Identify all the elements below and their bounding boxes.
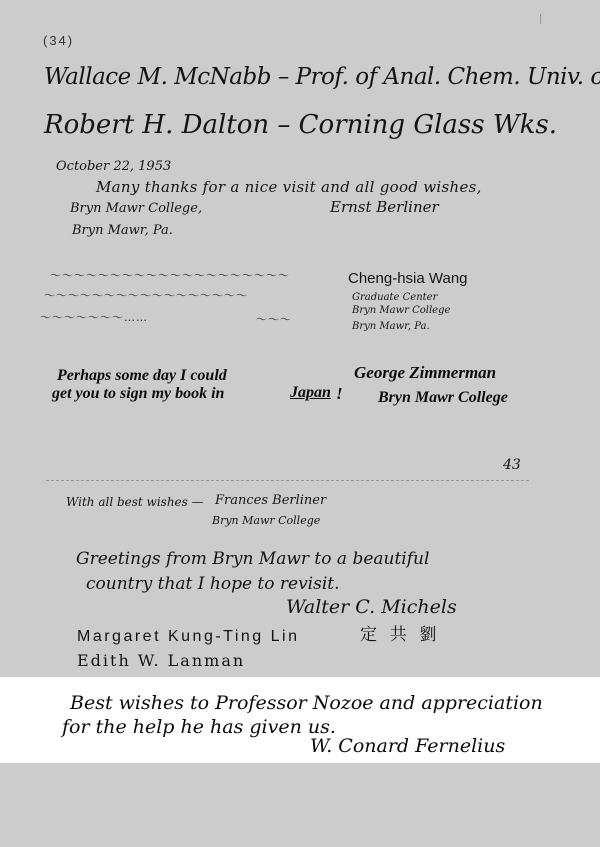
zimmerman-message-japan: Japan [290,385,331,401]
zimmerman-affiliation: Bryn Mawr College [378,390,508,406]
wang-address-2: Bryn Mawr College [352,306,450,316]
michels-signature: Walter C. Michels [286,598,457,617]
page-divider [46,480,531,481]
berliner-message: Many thanks for a nice visit and all goo… [96,180,482,195]
fernelius-message-2: for the help he has given us. [62,718,336,737]
scan-mark [540,14,541,24]
zimmerman-signature: George Zimmerman [354,364,496,381]
wang-address-1: Graduate Center [352,293,437,303]
lanman-signature: Edith W. Lanman [77,653,245,669]
frances-signature: Frances Berliner [215,494,326,507]
zimmerman-message-2: get you to sign my book in [52,386,224,402]
page-number-middle: 43 [503,458,521,472]
wang-japanese-line-1: 〜〜〜〜〜〜〜〜〜〜〜〜〜〜〜〜〜〜〜〜 [50,270,290,281]
wang-address-3: Bryn Mawr, Pa. [352,322,430,332]
wang-japanese-line-3: 〜〜〜〜〜〜〜…… [40,312,148,323]
berliner-address-1: Bryn Mawr College, [70,202,202,215]
michels-message-2: country that I hope to revisit. [86,576,340,593]
lin-chinese-signature: 定 共 劉 [360,626,440,643]
berliner-address-2: Bryn Mawr, Pa. [72,224,173,237]
zimmerman-message-1: Perhaps some day I could [57,368,227,384]
frances-affiliation: Bryn Mawr College [212,515,320,526]
wang-japanese-signature: 〜〜〜 [256,314,292,325]
fernelius-clipping: Best wishes to Professor Nozoe and appre… [0,677,600,763]
entry-mcnabb: Wallace M. McNabb – Prof. of Anal. Chem.… [44,66,600,89]
entry-dalton: Robert H. Dalton – Corning Glass Wks. [44,112,557,138]
fernelius-signature: W. Conard Fernelius [310,737,505,756]
wang-signature: Cheng-hsia Wang [348,271,468,286]
lin-signature: Margaret Kung-Ting Lin [77,629,300,645]
berliner-signature: Ernst Berliner [330,200,439,215]
michels-message-1: Greetings from Bryn Mawr to a beautiful [76,551,429,568]
fernelius-message-1: Best wishes to Professor Nozoe and appre… [70,694,543,713]
page-marker-top: (34) [43,34,74,47]
zimmerman-message-exclaim: ! [336,385,343,402]
autograph-page: (34) Wallace M. McNabb – Prof. of Anal. … [0,0,600,847]
frances-message: With all best wishes — [66,496,204,508]
wang-japanese-line-2: 〜〜〜〜〜〜〜〜〜〜〜〜〜〜〜〜〜 [44,290,248,301]
berliner-date: October 22, 1953 [56,160,171,173]
